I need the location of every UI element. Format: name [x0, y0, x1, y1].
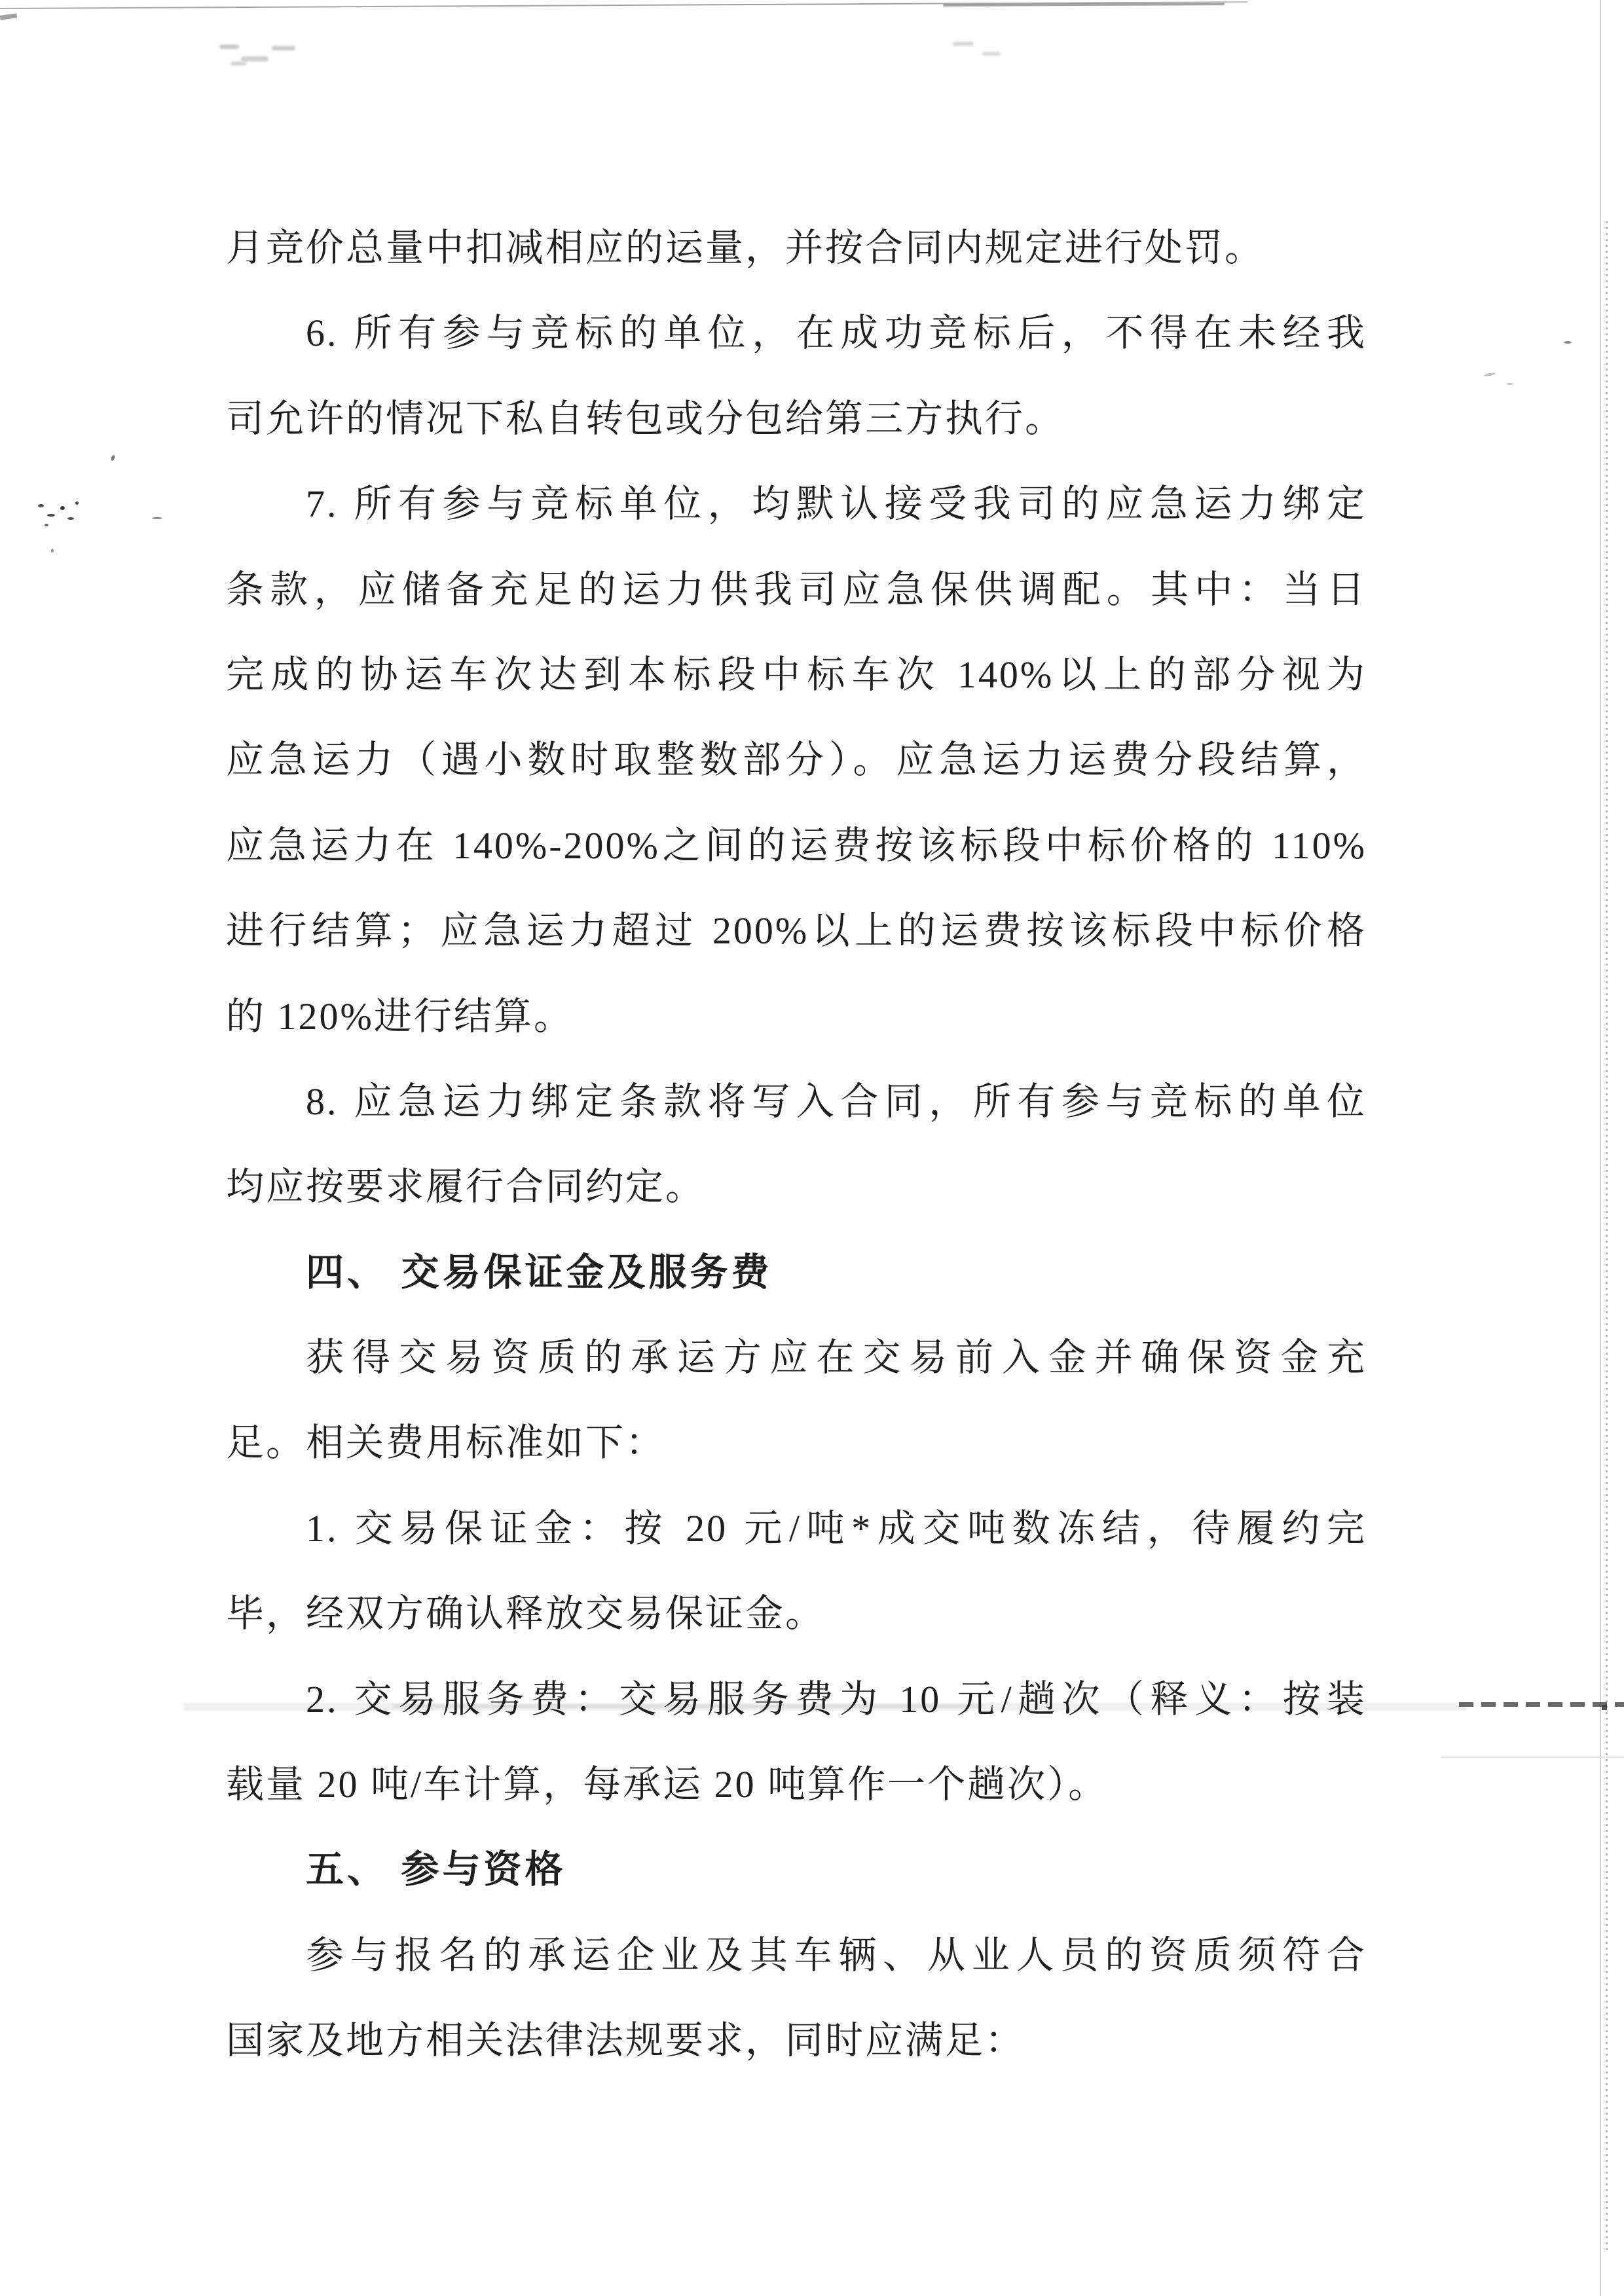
- text-line: 2. 交易服务费：交易服务费为 10 元/趟次（释义：按装: [226, 1657, 1367, 1742]
- ink-speck: [60, 506, 65, 510]
- scan-artifact-dot: [1602, 1705, 1607, 1710]
- scan-artifact-faint-line: [1441, 1757, 1624, 1758]
- text-line: 应急运力（遇小数时取整数部分）。应急运力运费分段结算，: [226, 718, 1367, 803]
- scanned-document-page: 月竞价总量中扣减相应的运量，并按合同内规定进行处罚。6. 所有参与竞标的单位，在…: [0, 0, 1624, 2296]
- text-line: 的 120%进行结算。: [226, 974, 1367, 1059]
- text-line: 司允许的情况下私自转包或分包给第三方执行。: [226, 376, 1367, 462]
- text-line: 获得交易资质的承运方应在交易前入金并确保资金充: [226, 1315, 1367, 1400]
- scan-smudge: [219, 45, 239, 49]
- text-line: 条款，应储备充足的运力供我司应急保供调配。其中：当日: [226, 547, 1367, 632]
- section-heading: 四、 交易保证金及服务费: [226, 1230, 1367, 1315]
- ink-speck: [111, 454, 116, 461]
- scan-smudge: [231, 62, 246, 65]
- ink-speck: [38, 504, 44, 507]
- scan-smudge: [953, 42, 974, 46]
- ink-speck: [51, 549, 54, 553]
- text-line: 完成的协运车次达到本标段中标车次 140%以上的部分视为: [226, 632, 1367, 718]
- scan-artifact-dotted-vertical-line: [1606, 221, 1608, 2251]
- scan-smudge: [982, 52, 1001, 56]
- section-heading: 五、 参与资格: [226, 1827, 1367, 1912]
- scan-smudge: [272, 46, 295, 50]
- scan-artifact-horizontal-dashed-streak: [1459, 1702, 1624, 1707]
- ink-speck: [1506, 383, 1514, 385]
- text-line: 6. 所有参与竞标的单位，在成功竞标后，不得在未经我: [226, 291, 1367, 376]
- ink-speck: [75, 501, 79, 505]
- scan-smudge: [241, 56, 268, 62]
- ink-speck: [1564, 341, 1572, 344]
- text-line: 月竞价总量中扣减相应的运量，并按合同内规定进行处罚。: [226, 206, 1367, 291]
- text-line: 7. 所有参与竞标单位，均默认接受我司的应急运力绑定: [226, 462, 1367, 547]
- text-line: 进行结算；应急运力超过 200%以上的运费按该标段中标价格: [226, 888, 1367, 974]
- text-line: 毕，经双方确认释放交易保证金。: [226, 1571, 1367, 1656]
- scan-artifact-diagonal-line-dark-segment: [943, 3, 1225, 7]
- text-line: 国家及地方相关法律法规要求，同时应满足：: [226, 1998, 1367, 2083]
- text-line: 载量 20 吨/车计算，每承运 20 吨算作一个趟次）。: [226, 1742, 1367, 1827]
- text-line: 8. 应急运力绑定条款将写入合同，所有参与竞标的单位: [226, 1059, 1367, 1144]
- text-line: 1. 交易保证金：按 20 元/吨*成交吨数冻结，待履约完: [226, 1486, 1367, 1571]
- ink-speck: [152, 517, 162, 519]
- ink-speck: [67, 517, 74, 520]
- document-body: 月竞价总量中扣减相应的运量，并按合同内规定进行处罚。6. 所有参与竞标的单位，在…: [226, 206, 1367, 2084]
- text-line: 应急运力在 140%-200%之间的运费按该标段中标价格的 110%: [226, 803, 1367, 888]
- ink-speck: [1484, 372, 1496, 376]
- ink-speck: [45, 524, 48, 526]
- text-line: 均应按要求履行合同约定。: [226, 1144, 1367, 1230]
- scan-artifact-vertical-line: [1600, 0, 1601, 2296]
- ink-speck: [47, 514, 55, 517]
- text-line: 参与报名的承运企业及其车辆、从业人员的资质须符合: [226, 1913, 1367, 1998]
- scan-artifact-corner-mark: [0, 13, 17, 20]
- text-line: 足。相关费用标准如下：: [226, 1400, 1367, 1485]
- scan-artifact-diagonal-line: [0, 1, 1247, 9]
